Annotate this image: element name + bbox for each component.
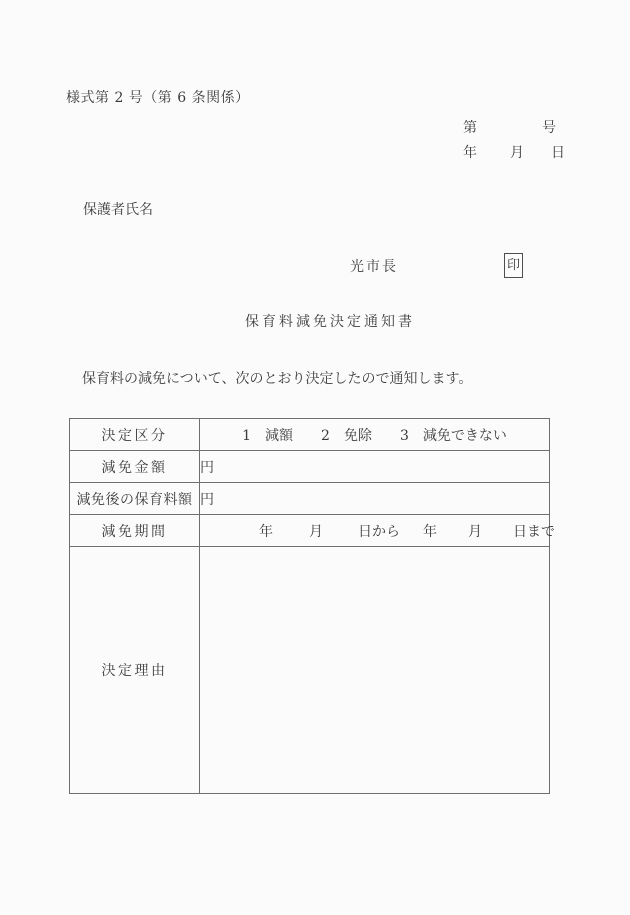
notice-title: 保育料減免決定通知書 [245, 311, 415, 331]
decision-reason-field [200, 547, 550, 794]
official-seal-placeholder: 印 [504, 253, 523, 278]
form-number-note: 様式第 2 号（第 6 条関係） [66, 87, 250, 107]
document-number-suffix: 号 [542, 117, 556, 137]
reduction-period-label: 減免期間 [70, 515, 200, 547]
issuer-title: 光市長 [350, 256, 398, 276]
table-row-period: 減免期間 年 月 日から 年 月 日まで [70, 515, 550, 547]
period-end-year-label: 年 [423, 521, 437, 541]
fee-after-reduction-label: 減免後の保育料額 [70, 483, 200, 515]
decision-category-options: 1 減額 2 免除 3 減免できない [200, 419, 550, 451]
date-day-label: 日 [551, 142, 565, 162]
notice-body-text: 保育料の減免について、次のとおり決定したので通知します。 [82, 368, 472, 388]
document-number-prefix: 第 [463, 117, 477, 137]
date-month-label: 月 [510, 142, 524, 162]
table-row-amount: 減免金額 円 [70, 451, 550, 483]
period-end-month-label: 月 [468, 521, 482, 541]
fee-after-reduction-field: 円 [200, 483, 550, 515]
reduction-amount-field: 円 [200, 451, 550, 483]
addressee-name-label: 保護者氏名 [83, 199, 153, 219]
table-row-fee-after: 減免後の保育料額 円 [70, 483, 550, 515]
document-page: 様式第 2 号（第 6 条関係） 第 号 年 月 日 保護者氏名 光市長 印 保… [0, 0, 630, 915]
table-row-decision: 決定区分 1 減額 2 免除 3 減免できない [70, 419, 550, 451]
reduction-period-field: 年 月 日から 年 月 日まで [200, 515, 550, 547]
period-start-year-label: 年 [259, 521, 273, 541]
period-end-day-label: 日まで [513, 521, 555, 541]
period-start-month-label: 月 [309, 521, 323, 541]
period-start-day-label: 日から [358, 521, 400, 541]
date-year-label: 年 [463, 142, 477, 162]
table-row-reason: 決定理由 [70, 547, 550, 794]
decision-table: 決定区分 1 減額 2 免除 3 減免できない 減免金額 円 減免後の保育料額 … [69, 418, 550, 794]
decision-reason-label: 決定理由 [70, 547, 200, 794]
reduction-amount-label: 減免金額 [70, 451, 200, 483]
decision-category-label: 決定区分 [70, 419, 200, 451]
document-number-line: 第 号 [0, 117, 630, 133]
issue-date-line: 年 月 日 [0, 142, 630, 158]
